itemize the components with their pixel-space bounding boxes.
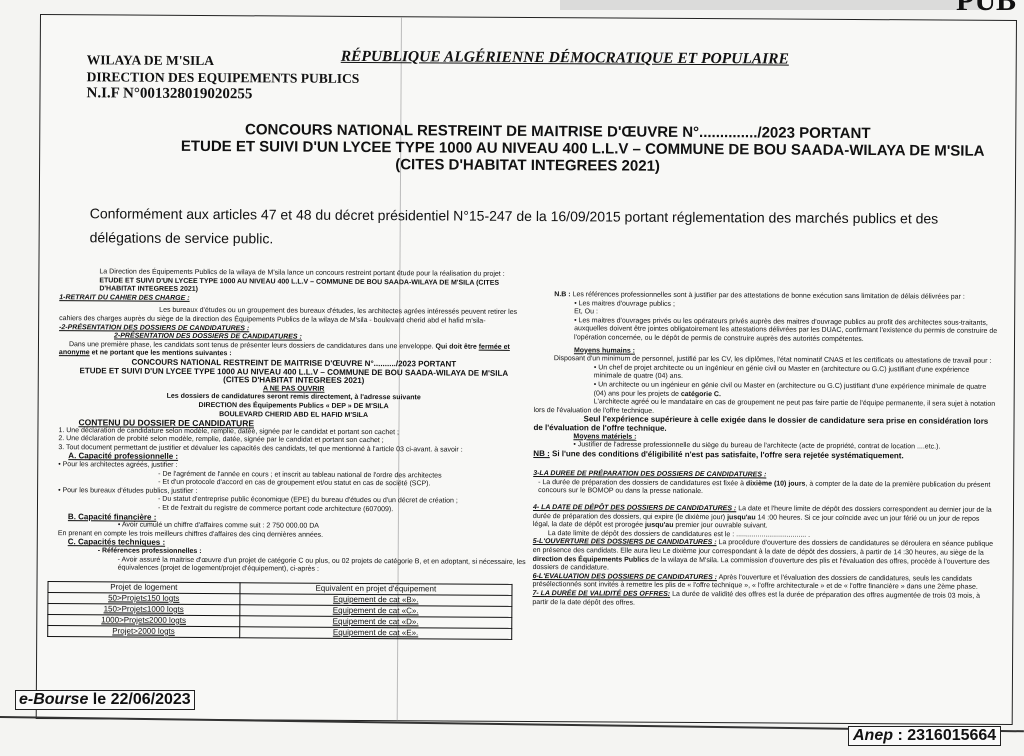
right-column: N.B : Les références professionnelles so… [532, 291, 999, 610]
wilaya: WILAYA DE M'SILA [87, 51, 360, 70]
notice-title: CONCOURS NATIONAL RESTREINT DE MAITRISE … [40, 120, 1015, 177]
anep-reference: Anep : 2316015664 [848, 726, 1001, 746]
scan-strip [560, 0, 980, 10]
section-7: 7- LA DURÉE DE VALIDITÉ DES OFFRES: La d… [532, 590, 997, 610]
issuer-block: WILAYA DE M'SILA DIRECTION DES EQUIPEMEN… [86, 51, 359, 104]
left-column: La Direction des Équipements Publics de … [57, 268, 529, 640]
republic-heading: RÉPUBLIQUE ALGÉRIENNE DÉMOCRATIQUE ET PO… [341, 48, 789, 69]
section-5: 5-L'OUVERTURE DES DOSSIERS DE CANDIDATUR… [533, 538, 998, 575]
intro-paragraph: La Direction des Équipements Publics de … [59, 268, 529, 297]
corner-label: PUB [956, 0, 1016, 18]
table-row: Projet>2000 logtsEquipement de cat «E». [48, 625, 512, 639]
equivalence-table: Projet de logementEquivalent en projet d… [47, 581, 512, 640]
nif: N.I.F N°001328019020255 [86, 85, 359, 104]
ebourse-stamp: e-Bourse le 22/06/2023 [15, 690, 195, 710]
section-4: 4- LA DATE DE DÉPÔT DES DOSSIERS DE CAND… [533, 504, 998, 533]
direction: DIRECTION DES EQUIPEMENTS PUBLICS [87, 68, 360, 87]
document-page: WILAYA DE M'SILA DIRECTION DES EQUIPEMEN… [36, 14, 1017, 725]
legal-intro: Conformément aux articles 47 et 48 du dé… [90, 201, 970, 254]
